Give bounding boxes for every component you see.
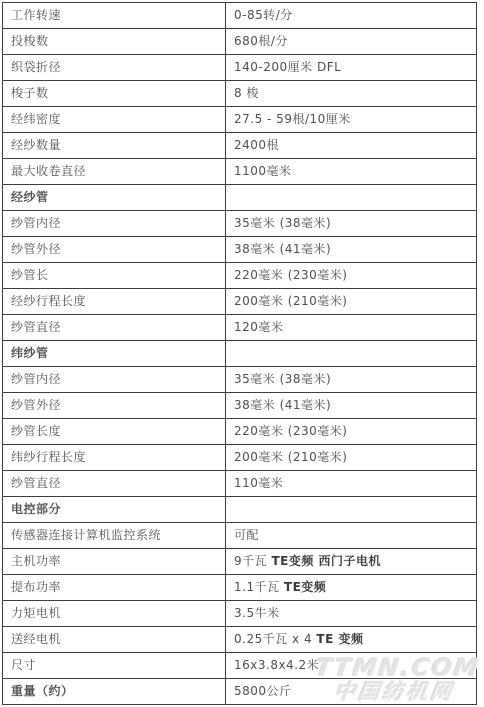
spec-label-cell: 经纬密度	[3, 107, 226, 133]
spec-label-cell: 纱管长度	[3, 419, 226, 445]
spec-label-cell: 经纱行程长度	[3, 289, 226, 315]
spec-value-cell: 可配	[226, 523, 477, 549]
spec-value-cell: 120毫米	[226, 315, 477, 341]
table-row: 纱管长220毫米 (230毫米)	[3, 263, 477, 289]
spec-value-cell: 0-85转/分	[226, 3, 477, 29]
table-row: 工作转速0-85转/分	[3, 3, 477, 29]
table-row: 经纱行程长度200毫米 (210毫米)	[3, 289, 477, 315]
table-row: 经纱数量2400根	[3, 133, 477, 159]
spec-value-bold-text: TE变频 西门子电机	[271, 554, 381, 568]
spec-value-cell: 35毫米 (38毫米)	[226, 211, 477, 237]
spec-value-bold-text: TE变频	[284, 580, 326, 594]
table-row: 传感器连接计算机监控系统可配	[3, 523, 477, 549]
spec-value-text: 110毫米	[234, 476, 283, 490]
table-row: 经纬密度27.5 - 59根/10厘米	[3, 107, 477, 133]
spec-value-cell: 9千瓦 TE变频 西门子电机	[226, 549, 477, 575]
table-row: 纱管内径35毫米 (38毫米)	[3, 367, 477, 393]
spec-value-cell: 38毫米 (41毫米)	[226, 393, 477, 419]
spec-table: 工作转速0-85转/分投梭数680根/分织袋折径140-200厘米 DFL梭子数…	[2, 2, 477, 705]
spec-label-cell: 电控部分	[3, 497, 226, 523]
spec-value-text: 38毫米 (41毫米)	[234, 242, 331, 256]
spec-label-cell: 纱管外径	[3, 393, 226, 419]
spec-value-text: 38毫米 (41毫米)	[234, 398, 331, 412]
spec-value-text: 可配	[234, 528, 259, 542]
spec-value-cell: 3.5牛米	[226, 601, 477, 627]
spec-value-cell: 220毫米 (230毫米)	[226, 263, 477, 289]
spec-value-cell: 680根/分	[226, 29, 477, 55]
spec-value-text: 680根/分	[234, 34, 288, 48]
spec-label-cell: 尺寸	[3, 653, 226, 679]
spec-value-cell: 5800公斤	[226, 679, 477, 705]
spec-value-text: 2400根	[234, 138, 279, 152]
spec-value-cell: 200毫米 (210毫米)	[226, 289, 477, 315]
table-row: 纱管内径35毫米 (38毫米)	[3, 211, 477, 237]
spec-label-cell: 纱管外径	[3, 237, 226, 263]
table-row: 主机功率9千瓦 TE变频 西门子电机	[3, 549, 477, 575]
spec-label-cell: 最大收卷直径	[3, 159, 226, 185]
spec-value-text: 140-200厘米 DFL	[234, 60, 341, 74]
table-row: 纬纱行程长度200毫米 (210毫米)	[3, 445, 477, 471]
table-row: 纱管外径38毫米 (41毫米)	[3, 393, 477, 419]
spec-value-cell: 2400根	[226, 133, 477, 159]
spec-value-cell	[226, 185, 477, 211]
spec-value-text: 1.1千瓦	[234, 580, 284, 594]
table-row: 送经电机0.25千瓦 x 4 TE 变频	[3, 627, 477, 653]
spec-value-cell: 8 梭	[226, 81, 477, 107]
spec-value-cell: 1.1千瓦 TE变频	[226, 575, 477, 601]
spec-label-cell: 纱管直径	[3, 315, 226, 341]
table-row: 纱管长度220毫米 (230毫米)	[3, 419, 477, 445]
table-row: 梭子数8 梭	[3, 81, 477, 107]
spec-value-text: 200毫米 (210毫米)	[234, 450, 348, 464]
spec-label-cell: 纬纱管	[3, 341, 226, 367]
spec-value-text: 35毫米 (38毫米)	[234, 216, 331, 230]
table-row: 尺寸16x3.8x4.2米	[3, 653, 477, 679]
table-row: 经纱管	[3, 185, 477, 211]
spec-label-cell: 纱管直径	[3, 471, 226, 497]
table-row: 重量（约）5800公斤	[3, 679, 477, 705]
spec-label-cell: 力矩电机	[3, 601, 226, 627]
spec-label-cell: 重量（约）	[3, 679, 226, 705]
spec-value-text: 27.5 - 59根/10厘米	[234, 112, 351, 126]
table-row: 纬纱管	[3, 341, 477, 367]
spec-value-cell: 200毫米 (210毫米)	[226, 445, 477, 471]
spec-label-cell: 工作转速	[3, 3, 226, 29]
table-row: 电控部分	[3, 497, 477, 523]
table-row: 织袋折径140-200厘米 DFL	[3, 55, 477, 81]
spec-value-text: 5800公斤	[234, 684, 292, 698]
spec-value-text: 120毫米	[234, 320, 283, 334]
spec-label-cell: 织袋折径	[3, 55, 226, 81]
spec-label-cell: 纱管内径	[3, 367, 226, 393]
spec-value-cell: 1100毫米	[226, 159, 477, 185]
spec-value-text: 3.5牛米	[234, 606, 280, 620]
spec-label-cell: 纬纱行程长度	[3, 445, 226, 471]
table-row: 提布功率1.1千瓦 TE变频	[3, 575, 477, 601]
spec-value-cell: 110毫米	[226, 471, 477, 497]
spec-value-cell: 38毫米 (41毫米)	[226, 237, 477, 263]
table-row: 最大收卷直径1100毫米	[3, 159, 477, 185]
spec-label-cell: 提布功率	[3, 575, 226, 601]
spec-value-text: 0-85转/分	[234, 8, 293, 22]
spec-value-text: 16x3.8x4.2米	[234, 658, 319, 672]
spec-value-bold-text: TE 变频	[316, 632, 363, 646]
spec-value-text: 220毫米 (230毫米)	[234, 424, 348, 438]
spec-table-body: 工作转速0-85转/分投梭数680根/分织袋折径140-200厘米 DFL梭子数…	[3, 3, 477, 705]
spec-label-cell: 送经电机	[3, 627, 226, 653]
spec-value-text: 220毫米 (230毫米)	[234, 268, 348, 282]
spec-value-cell: 140-200厘米 DFL	[226, 55, 477, 81]
spec-page: 工作转速0-85转/分投梭数680根/分织袋折径140-200厘米 DFL梭子数…	[0, 0, 484, 707]
table-row: 力矩电机3.5牛米	[3, 601, 477, 627]
spec-value-cell	[226, 341, 477, 367]
spec-value-cell: 220毫米 (230毫米)	[226, 419, 477, 445]
spec-label-cell: 传感器连接计算机监控系统	[3, 523, 226, 549]
spec-label-cell: 纱管内径	[3, 211, 226, 237]
spec-value-text: 200毫米 (210毫米)	[234, 294, 348, 308]
spec-value-cell: 16x3.8x4.2米	[226, 653, 477, 679]
table-row: 纱管直径110毫米	[3, 471, 477, 497]
spec-value-text: 0.25千瓦 x 4	[234, 632, 316, 646]
table-row: 纱管外径38毫米 (41毫米)	[3, 237, 477, 263]
spec-value-text: 1100毫米	[234, 164, 292, 178]
spec-value-cell: 35毫米 (38毫米)	[226, 367, 477, 393]
spec-label-cell: 经纱数量	[3, 133, 226, 159]
spec-label-cell: 主机功率	[3, 549, 226, 575]
spec-value-text: 35毫米 (38毫米)	[234, 372, 331, 386]
spec-label-cell: 经纱管	[3, 185, 226, 211]
spec-value-cell: 27.5 - 59根/10厘米	[226, 107, 477, 133]
spec-label-cell: 纱管长	[3, 263, 226, 289]
spec-label-cell: 投梭数	[3, 29, 226, 55]
table-row: 投梭数680根/分	[3, 29, 477, 55]
spec-value-text: 9千瓦	[234, 554, 271, 568]
table-row: 纱管直径120毫米	[3, 315, 477, 341]
spec-value-text: 8 梭	[234, 86, 259, 100]
spec-value-cell: 0.25千瓦 x 4 TE 变频	[226, 627, 477, 653]
spec-label-cell: 梭子数	[3, 81, 226, 107]
spec-value-cell	[226, 497, 477, 523]
